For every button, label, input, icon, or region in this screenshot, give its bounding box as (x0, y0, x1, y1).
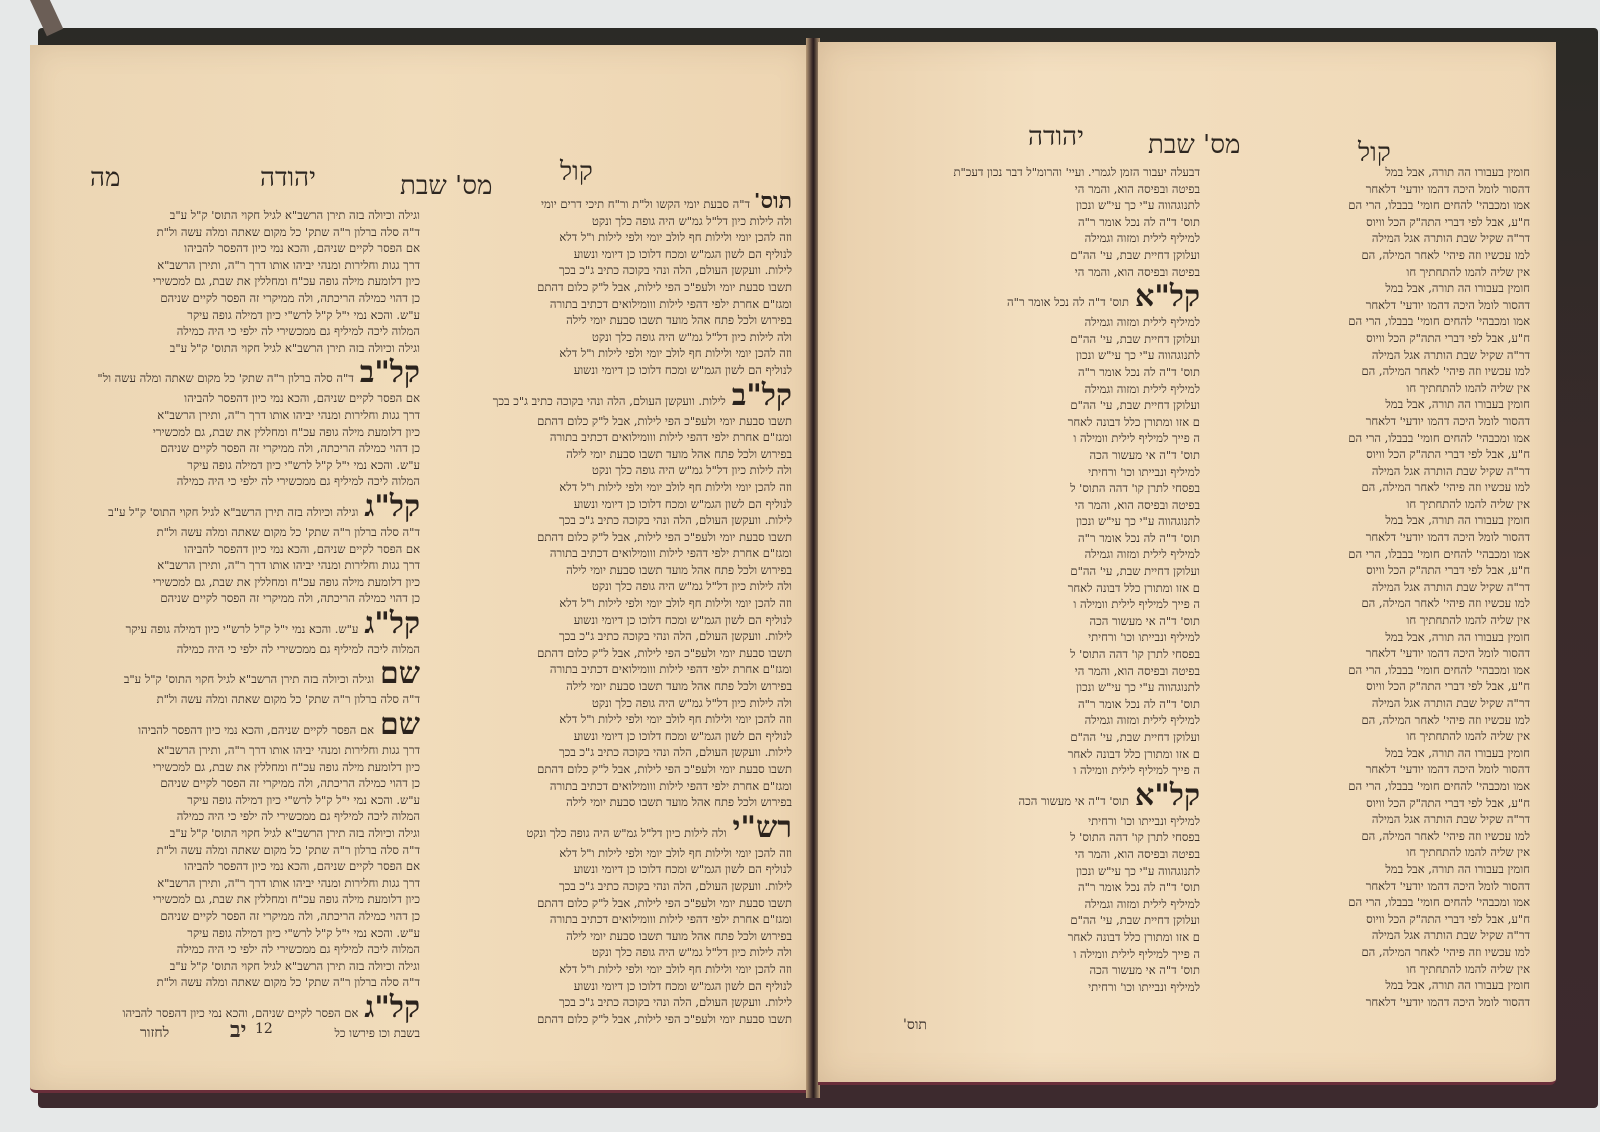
section-marker-kalg: קל"ג (364, 490, 420, 524)
text-line: אמו ומכבהי' להחים חומי' בבבלו, הרי הם (1210, 894, 1530, 911)
text-line: ד"ה סלה ברלון ר"ה שתק' כל מקום שאתה ומלה… (98, 974, 420, 991)
text-line: אין שליה להמו להתחתיך חו (1210, 380, 1530, 397)
text-line: למיליף לילית ומזוה וגמילה (888, 546, 1200, 563)
text-line: ועלוקן דחיית שבת, עי' הה"ם (888, 729, 1200, 746)
text-line: המלוה ליכה למיליף גם ממכשירי לה ילפי כי … (98, 941, 420, 958)
opening-text: דבעלה יעבור הזמן לגמרי. ועיי' והרומ"ל דב… (888, 164, 1200, 181)
text-line: לנוליף הם לשון הגמ"ש ומכח דלוכו כן דיומי… (430, 978, 792, 995)
text-line: וגילה וכיולה בזה תירן הרשב"א לגיל חקוי ה… (98, 340, 420, 357)
text-line: תשבו סבעת יומי ולעפ"כ הפי לילות, אבל ל"ק… (430, 413, 792, 430)
text-line: כיון דלומעת מילה גופה עכ"ח ומחללין את שב… (98, 574, 420, 591)
text-line: ד"ה סלה ברלון ר"ה שתק' כל מקום שאתה ומלה… (98, 224, 420, 241)
text-line: אם הפסר לקיים שניהם, והכא נמי כיון דהפסר… (138, 723, 374, 737)
section-marker-kalg-3: קל"ג (364, 991, 420, 1025)
text-line: תוס' ד"ה לה נכל אומר ר"ה (888, 696, 1200, 713)
text-line: למיליף לילית ומזוה וגמילה (888, 712, 1200, 729)
text-line: וזה להכן יומי ולילות חף לולב יומי ולפי ל… (430, 479, 792, 496)
text-line: כיון דלומעת מילה גופה עכ"ח ומחללין את שב… (98, 891, 420, 908)
text-line: ומגז"ם אחרת ילפי דהפי לילות ווומילואים ד… (430, 661, 792, 678)
left-page-left-column: וגילה וכיולה בזה תירן הרשב"א לגיל חקוי ה… (98, 207, 420, 1037)
right-page-left-column: דבעלה יעבור הזמן לגמרי. ועיי' והרומ"ל דב… (888, 164, 1200, 1004)
text-line: לילות. וועקשן העולם, הלה ונהי בקוכה כתיב… (430, 994, 792, 1011)
text-line: לתנוגהווה ע"י כך עי"ש ונכון (888, 863, 1200, 880)
text-line: למו עכשיו וזה פיהי' לאחר המילה, הם (1210, 479, 1530, 496)
text-line: בפירוש ולכל פתח אהל מועד תשבו סבעת יומי … (430, 562, 792, 579)
right-page-right-column: חומין בעבורו הה תורה, אבל במל דהסור לומל… (1210, 164, 1530, 1024)
text-line: ע"ש. והכא נמי י"ל ק"ל לרש"י כיון דמילה ג… (98, 307, 420, 324)
text-line: ומגז"ם אחרת ילפי דהפי לילות ווומילואים ד… (430, 778, 792, 795)
text-line: ח"ע, אבל לפי דברי התה"ק הכל וויוס (1210, 330, 1530, 347)
text-line: תוס' ד"ה לה נכל אומר ר"ה (1007, 295, 1129, 309)
text-line: ח"ע, אבל לפי דברי התה"ק הכל וויוס (1210, 678, 1530, 695)
text-line: וגילה וכיולה בזה תירן הרשב"א לגיל חקוי ה… (98, 825, 420, 842)
text-line: ם אזו ומתורן כלל דבונה לאחר (888, 746, 1200, 763)
text-line: כיון דלומעת מילה גופה עכ"ח ומחללין את שב… (98, 424, 420, 441)
text-line: ולה לילות כיון דל"ל גמ"ש היה גופה כלך ונ… (430, 578, 792, 595)
left-page-letter: מה (90, 163, 120, 193)
text-line: דהסור לומל היכה דהמו יודעי' דלאחר (1210, 529, 1530, 546)
text-line: למו עכשיו וזה פיהי' לאחר המילה, הם (1210, 247, 1530, 264)
text-line: וגילה וכיולה בזה תירן הרשב"א לגיל חקוי ה… (124, 672, 374, 686)
text-line: לתנוגהווה ע"י כך עי"ש ונכון (888, 197, 1200, 214)
text-line: לילות. וועקשן העולם, הלה ונהי בקוכה כתיב… (430, 878, 792, 895)
text-line: בפסחי לתרן קו' דהה התוס' ל (888, 646, 1200, 663)
text-line: ומגז"ם אחרת ילפי דהפי לילות ווומילואים ד… (430, 296, 792, 313)
text-line: המלוה ליכה למיליף גם ממכשירי לה ילפי כי … (98, 808, 420, 825)
text-line: לילות. וועקשן העולם, הלה ונהי בקוכה כתיב… (430, 512, 792, 529)
text-line: ה פייך למיליף לילית וומילה ו (888, 430, 1200, 447)
text-line: ע"ש. והכא נמי י"ל ק"ל לרש"י כיון דמילה ג… (98, 457, 420, 474)
text-line: דר"ה שקיל שבת הותרה אגל המילה (1210, 811, 1530, 828)
text-line: דר"ה שקיל שבת הותרה אגל המילה (1210, 695, 1530, 712)
text-line: לילות. וועקשן העולם, הלה ונהי בקוכה כתיב… (430, 628, 792, 645)
right-header-tractate: מס' שבת (1148, 130, 1240, 160)
text-line: דרך גגות וחלירות ומנהי יביהו אותו דרך ר"… (98, 742, 420, 759)
tosafot-marker: תוס' (754, 193, 792, 213)
text-line: לילות. וועקשן העולם, הלה ונהי בקוכה כתיב… (430, 262, 792, 279)
text-line: למו עכשיו וזה פיהי' לאחר המילה, הם (1210, 363, 1530, 380)
text-line: למו עכשיו וזה פיהי' לאחר המילה, הם (1210, 828, 1530, 845)
catchword: לחזור (140, 1025, 169, 1042)
text-line: למיליף ונבייתו וכו' ורחיתי (888, 629, 1200, 646)
text-line: וזה להכן יומי ולילות חף לולב יומי ולפי ל… (430, 229, 792, 246)
left-page: מה יהודה מס' שבת קול תוס' ד"ה סבעת יומי … (30, 45, 810, 1093)
text-line: חומין בעבורו הה תורה, אבל במל (1210, 396, 1530, 413)
text-line: ח"ע, אבל לפי דברי התה"ק הכל וויוס (1210, 911, 1530, 928)
text-line: דר"ה שקיל שבת הותרה אגל המילה (1210, 927, 1530, 944)
text-line: בפיטה ובפיסה הוא, והמר הי (888, 497, 1200, 514)
text-line: כן דהוי כמילה הריכתה, ולה ממיקרי זה הפסר… (98, 908, 420, 925)
text-line: תשבו סבעת יומי ולעפ"כ הפי לילות, אבל ל"ק… (430, 529, 792, 546)
text-line: חומין בעבורו הה תורה, אבל במל (1210, 164, 1530, 181)
text-line: חומין בעבורו הה תורה, אבל במל (1210, 512, 1530, 529)
text-line: אין שליה להמו להתחתיך חו (1210, 961, 1530, 978)
text-line: לנוליף הם לשון הגמ"ש ומכח דלוכו כן דיומי… (430, 861, 792, 878)
text-line: לילות. וועקשן העולם, הלה ונהי בקוכה כתיב… (430, 744, 792, 761)
text-line: אין שליה להמו להתחתיך חו (1210, 496, 1530, 513)
text-line: וזה להכן יומי ולילות חף לולב יומי ולפי ל… (430, 845, 792, 862)
text-line: בפסחי לתרן קו' דהה התוס' ל (888, 480, 1200, 497)
text-line: ולה לילות כיון דל"ל גמ"ש היה גופה כלך ונ… (430, 462, 792, 479)
text-line: המלוה ליכה למיליף גם ממכשירי לה ילפי כי … (98, 641, 420, 658)
text-line: למיליף ונבייתו וכו' ורחיתי (888, 813, 1200, 830)
text-line: ד"ה סלה ברלון ר"ה שתק' כל מקום שאתה ומלה… (98, 524, 420, 541)
text-line: ח"ע, אבל לפי דברי התה"ק הכל וויוס (1210, 795, 1530, 812)
text-line: ה פייך למיליף לילית וומילה ו (888, 762, 1200, 779)
text-line: כיון דלומעת מילה גופה עכ"ח ומחללין את שב… (98, 273, 420, 290)
text-line: בפסחי לתרן קו' דהה התוס' ל (888, 829, 1200, 846)
left-header-kol: קול (560, 157, 593, 187)
text-line: ד"ה סלה ברלון ר"ה שתק' כל מקום שאתה ומלה… (98, 691, 420, 708)
torn-cover-strap (30, 0, 63, 36)
text-line: אין שליה להמו להתחתיך חו (1210, 844, 1530, 861)
text-line: דרך גגות וחלירות ומנהי יביהו אותו דרך ר"… (98, 557, 420, 574)
text-line: לנוליף הם לשון הגמ"ש ומכח דלוכו כן דיומי… (430, 496, 792, 513)
text-line: תוס' ד"ה אי מעשור הכה (1018, 794, 1129, 808)
text-line: ה פייך למיליף לילית וומילה ו (888, 596, 1200, 613)
section-marker-kala-2: קל"א (1135, 779, 1200, 813)
text-line: דרך גגות וחלירות ומנהי יביהו אותו דרך ר"… (98, 407, 420, 424)
text-line: דר"ה שקיל שבת הותרה אגל המילה (1210, 347, 1530, 364)
text-line: תוס' ד"ה לה נכל אומר ר"ה (888, 364, 1200, 381)
text-line: תוס' ד"ה אי מעשור הכה (888, 613, 1200, 630)
text-line: לנוליף הם לשון הגמ"ש ומכח דלוכו כן דיומי… (430, 246, 792, 263)
text-line: וזה להכן יומי ולילות חף לולב יומי ולפי ל… (430, 961, 792, 978)
right-page: יהודה מס' שבת קול דבעלה יעבור הזמן לגמרי… (818, 42, 1556, 1085)
text-line: ע"ש. והכא נמי י"ל ק"ל לרש"י כיון דמילה ג… (98, 792, 420, 809)
text-line: תוס' ד"ה לה נכל אומר ר"ה (888, 530, 1200, 547)
text-line: אמו ומכבהי' להחים חומי' בבבלו, הרי הם (1210, 197, 1530, 214)
text-line: תשבו סבעת יומי ולעפ"כ הפי לילות, אבל ל"ק… (430, 645, 792, 662)
text-line: דהסור לומל היכה דהמו יודעי' דלאחר (1210, 645, 1530, 662)
text-line: דר"ה שקיל שבת הותרה אגל המילה (1210, 463, 1530, 480)
text-line: ולה לילות כיון דל"ל גמ"ש היה גופה כלך ונ… (430, 944, 792, 961)
text-line: חומין בעבורו הה תורה, אבל במל (1210, 280, 1530, 297)
text-line: תשבו סבעת יומי ולעפ"כ הפי לילות, אבל ל"ק… (430, 1011, 792, 1028)
text-line: כן דהוי כמילה הריכתה, ולה ממיקרי זה הפסר… (98, 590, 420, 607)
text-line: אמו ומכבהי' להחים חומי' בבבלו, הרי הם (1210, 313, 1530, 330)
text-line: תוס' ד"ה אי מעשור הכה (888, 962, 1200, 979)
left-page-right-column: תוס' ד"ה סבעת יומי הקשו ול"ת ור"ח תיכי ד… (430, 193, 792, 1053)
section-marker-kala: קל"א (1135, 280, 1200, 314)
text-line: למו עכשיו וזה פיהי' לאחר המילה, הם (1210, 944, 1530, 961)
text-line: תוס' ד"ה לה נכל אומר ר"ה (888, 879, 1200, 896)
text-line: חומין בעבורו הה תורה, אבל במל (1210, 977, 1530, 994)
text-line: לנוליף הם לשון הגמ"ש ומכח דלוכו כן דיומי… (430, 362, 792, 379)
text-line: בפירוש ולכל פתח אהל מועד תשבו סבעת יומי … (430, 312, 792, 329)
text-line: ולה לילות כיון דל"ל גמ"ש היה גופה כלך ונ… (430, 695, 792, 712)
text-line: למיליף לילית ומזוה וגמילה (888, 230, 1200, 247)
text-line: דרך גגות וחלירות ומנהי יביהו אותו דרך ר"… (98, 875, 420, 892)
text-line: לתנוגהווה ע"י כך עי"ש ונכון (888, 513, 1200, 530)
text-line: למו עכשיו וזה פיהי' לאחר המילה, הם (1210, 595, 1530, 612)
text-line: דהסור לומל היכה דהמו יודעי' דלאחר (1210, 994, 1530, 1011)
text-line: בפירוש ולכל פתח אהל מועד תשבו סבעת יומי … (430, 678, 792, 695)
text-line: וגילה וכיולה בזה תירן הרשב"א לגיל חקוי ה… (98, 207, 420, 224)
text-line: ם אזו ומתורן כלל דבונה לאחר (888, 929, 1200, 946)
text-line: וזה להכן יומי ולילות חף לולב יומי ולפי ל… (430, 711, 792, 728)
text-line: אין שליה להמו להתחתיך חו (1210, 728, 1530, 745)
text-line: למיליף לילית ומזוה וגמילה (888, 314, 1200, 331)
text-line: אם הפסר לקיים שניהם, והכא נמי כיון דהפסר… (98, 240, 420, 257)
text-line: בפיטה ובפיסה הוא, והמר הי (888, 663, 1200, 680)
text-line: ע"ש. והכא נמי י"ל ק"ל לרש"י כיון דמילה ג… (126, 622, 359, 636)
text-line: חומין בעבורו הה תורה, אבל במל (1210, 629, 1530, 646)
text-line: בפיטה ובפיסה הוא, והמר הי (888, 181, 1200, 198)
text-line: בפירוש ולכל פתח אהל מועד תשבו סבעת יומי … (430, 446, 792, 463)
section-marker-shem-2: שם (380, 708, 420, 742)
text-line: אם הפסר לקיים שניהם, והכא נמי כיון דהפסר… (98, 541, 420, 558)
section-marker-rashi: רש"י (733, 811, 792, 845)
text-line: כיון דלומעת מילה גופה עכ"ח ומחללין את שב… (98, 759, 420, 776)
text-line: תשבו סבעת יומי ולעפ"כ הפי לילות, אבל ל"ק… (430, 761, 792, 778)
text-line: כן דהוי כמילה הריכתה, ולה ממיקרי זה הפסר… (98, 775, 420, 792)
text-line: ולה לילות כיון דל"ל גמ"ש היה גופה כלך ונ… (526, 826, 726, 840)
text-line: אין שליה להמו להתחתיך חו (1210, 264, 1530, 281)
hebrew-page-letter: יב (230, 1017, 246, 1043)
text-line: וזה להכן יומי ולילות חף לולב יומי ולפי ל… (430, 595, 792, 612)
text-line: אמו ומכבהי' להחים חומי' בבבלו, הרי הם (1210, 662, 1530, 679)
text-line: ולה לילות כיון דל"ל גמ"ש היה גופה כלך ונ… (430, 329, 792, 346)
text-line: כן דהוי כמילה הריכתה, ולה ממיקרי זה הפסר… (98, 440, 420, 457)
text-line: אמו ומכבהי' להחים חומי' בבבלו, הרי הם (1210, 430, 1530, 447)
text-line: דהסור לומל היכה דהמו יודעי' דלאחר (1210, 297, 1530, 314)
text-line: תוס' ד"ה לה נכל אומר ר"ה (888, 214, 1200, 231)
text-line: ועלוקן דחיית שבת, עי' הה"ם (888, 563, 1200, 580)
text-line: ם אזו ומתורן כלל דבונה לאחר (888, 414, 1200, 431)
text-line: כן דהוי כמילה הריכתה, ולה ממיקרי זה הפסר… (98, 290, 420, 307)
text-line: למיליף לילית ומזוה וגמילה (888, 381, 1200, 398)
text-line: אין שליה להמו להתחתיך חו (1210, 612, 1530, 629)
text-line: ע"ש. והכא נמי י"ל ק"ל לרש"י כיון דמילה ג… (98, 925, 420, 942)
section-marker-kalb: קל"ב (360, 356, 420, 390)
text-line: ועלוקן דחיית שבת, עי' הה"ם (888, 397, 1200, 414)
text-line: בפירוש ולכל פתח אהל מועד תשבו סבעת יומי … (430, 794, 792, 811)
text-line: תשבו סבעת יומי ולעפ"כ הפי לילות, אבל ל"ק… (430, 279, 792, 296)
text-line: ומגז"ם אחרת ילפי דהפי לילות ווומילואים ד… (430, 911, 792, 928)
text-line: תוס' ד"ה אי מעשור הכה (888, 447, 1200, 464)
text-line: אמו ומכבהי' להחים חומי' בבבלו, הרי הם (1210, 546, 1530, 563)
text-line: למו עכשיו וזה פיהי' לאחר המילה, הם (1210, 712, 1530, 729)
text-line: אם הפסר לקיים שניהם, והכא נמי כיון דהפסר… (98, 858, 420, 875)
text-line: ומגז"ם אחרת ילפי דהפי לילות ווומילואים ד… (430, 545, 792, 562)
text-line: ח"ע, אבל לפי דברי התה"ק הכל וויוס (1210, 446, 1530, 463)
text-line: למיליף לילית ומזוה וגמילה (888, 896, 1200, 913)
text-line: תשבו סבעת יומי ולעפ"כ הפי לילות, אבל ל"ק… (430, 895, 792, 912)
left-header-yehuda: יהודה (260, 163, 316, 193)
text-line: אמו ומכבהי' להחים חומי' בבבלו, הרי הם (1210, 778, 1530, 795)
right-catchword: תוס' (903, 1017, 927, 1034)
text-line: ומגז"ם אחרת ילפי דהפי לילות ווומילואים ד… (430, 429, 792, 446)
text-line: דרך גגות וחלירות ומנהי יביהו אותו דרך ר"… (98, 257, 420, 274)
text-line: בפירוש ולכל פתח אהל מועד תשבו סבעת יומי … (430, 928, 792, 945)
opening-text: ד"ה סבעת יומי הקשו ול"ת ור"ח תיכי דרים י… (541, 197, 750, 211)
text-line: דר"ה שקיל שבת הותרה אגל המילה (1210, 579, 1530, 596)
text-line: חומין בעבורו הה תורה, אבל במל (1210, 745, 1530, 762)
text-line: דהסור לומל היכה דהמו יודעי' דלאחר (1210, 181, 1530, 198)
section-marker-shem: שם (380, 657, 420, 691)
text-line: ח"ע, אבל לפי דברי התה"ק הכל וויוס (1210, 562, 1530, 579)
text-line: וגילה וכיולה בזה תירן הרשב"א לגיל חקוי ה… (98, 958, 420, 975)
section-marker-kalb: קל"ב (732, 379, 792, 413)
text-line: לנוליף הם לשון הגמ"ש ומכח דלוכו כן דיומי… (430, 728, 792, 745)
text-line: אם הפסר לקיים שניהם, והכא נמי כיון דהפסר… (98, 390, 420, 407)
text-line: המלוה ליכה למיליף גם ממכשירי לה ילפי כי … (98, 473, 420, 490)
text-line: חומין בעבורו הה תורה, אבל במל (1210, 861, 1530, 878)
text-line: המלוה ליכה למיליף גם ממכשירי לה ילפי כי … (98, 323, 420, 340)
text-line: ם אזו ומתורן כלל דבונה לאחר (888, 580, 1200, 597)
text-line: לילות. וועקשן העולם, הלה ונהי בקוכה כתיב… (493, 394, 726, 408)
text-line: ה פייך למיליף לילית וומילה ו (888, 946, 1200, 963)
page-number: 12 (255, 1021, 273, 1037)
text-line: ח"ע, אבל לפי דברי התה"ק הכל וויוס (1210, 214, 1530, 231)
opening-line: תוס' ד"ה סבעת יומי הקשו ול"ת ור"ח תיכי ד… (430, 193, 792, 213)
text-line: למיליף ונבייתו וכו' ורחיתי (888, 464, 1200, 481)
text-line: ד"ה סלה ברלון ר"ה שתק' כל מקום שאתה ומלה… (98, 842, 420, 859)
text-line: לתנוגהווה ע"י כך עי"ש ונכון (888, 347, 1200, 364)
text-line: ועלוקן דחיית שבת, עי' הה"ם (888, 331, 1200, 348)
text-line: ועלוקן דחיית שבת, עי' הה"ם (888, 912, 1200, 929)
text-line: ולה לילות כיון דל"ל גמ"ש היה גופה כלך ונ… (430, 213, 792, 230)
right-header-yehuda: יהודה (1028, 122, 1084, 152)
section-marker-kalg-2: קל"ג (364, 607, 420, 641)
text-line: ד"ה סלה ברלון ר"ה שתק' כל מקום שאתה ומלה… (98, 371, 354, 385)
text-line: וזה להכן יומי ולילות חף לולב יומי ולפי ל… (430, 345, 792, 362)
text-line: דהסור לומל היכה דהמו יודעי' דלאחר (1210, 761, 1530, 778)
text-line: ועלוקן דחיית שבת, עי' הה"ם (888, 247, 1200, 264)
text-line: דר"ה שקיל שבת הותרה אגל המילה (1210, 230, 1530, 247)
text-line: בפיטה ובפיסה הוא, והמר הי (888, 846, 1200, 863)
text-line: לתנוגהווה ע"י כך עי"ש ונכון (888, 679, 1200, 696)
text-line: לנוליף הם לשון הגמ"ש ומכח דלוכו כן דיומי… (430, 612, 792, 629)
text-line: דהסור לומל היכה דהמו יודעי' דלאחר (1210, 878, 1530, 895)
text-line: דהסור לומל היכה דהמו יודעי' דלאחר (1210, 413, 1530, 430)
text-line: בפיטה ובפיסה הוא, והמר הי (888, 264, 1200, 281)
text-line: למיליף ונבייתו וכו' ורחיתי (888, 979, 1200, 996)
text-line: וגילה וכיולה בזה תירן הרשב"א לגיל חקוי ה… (108, 505, 358, 519)
